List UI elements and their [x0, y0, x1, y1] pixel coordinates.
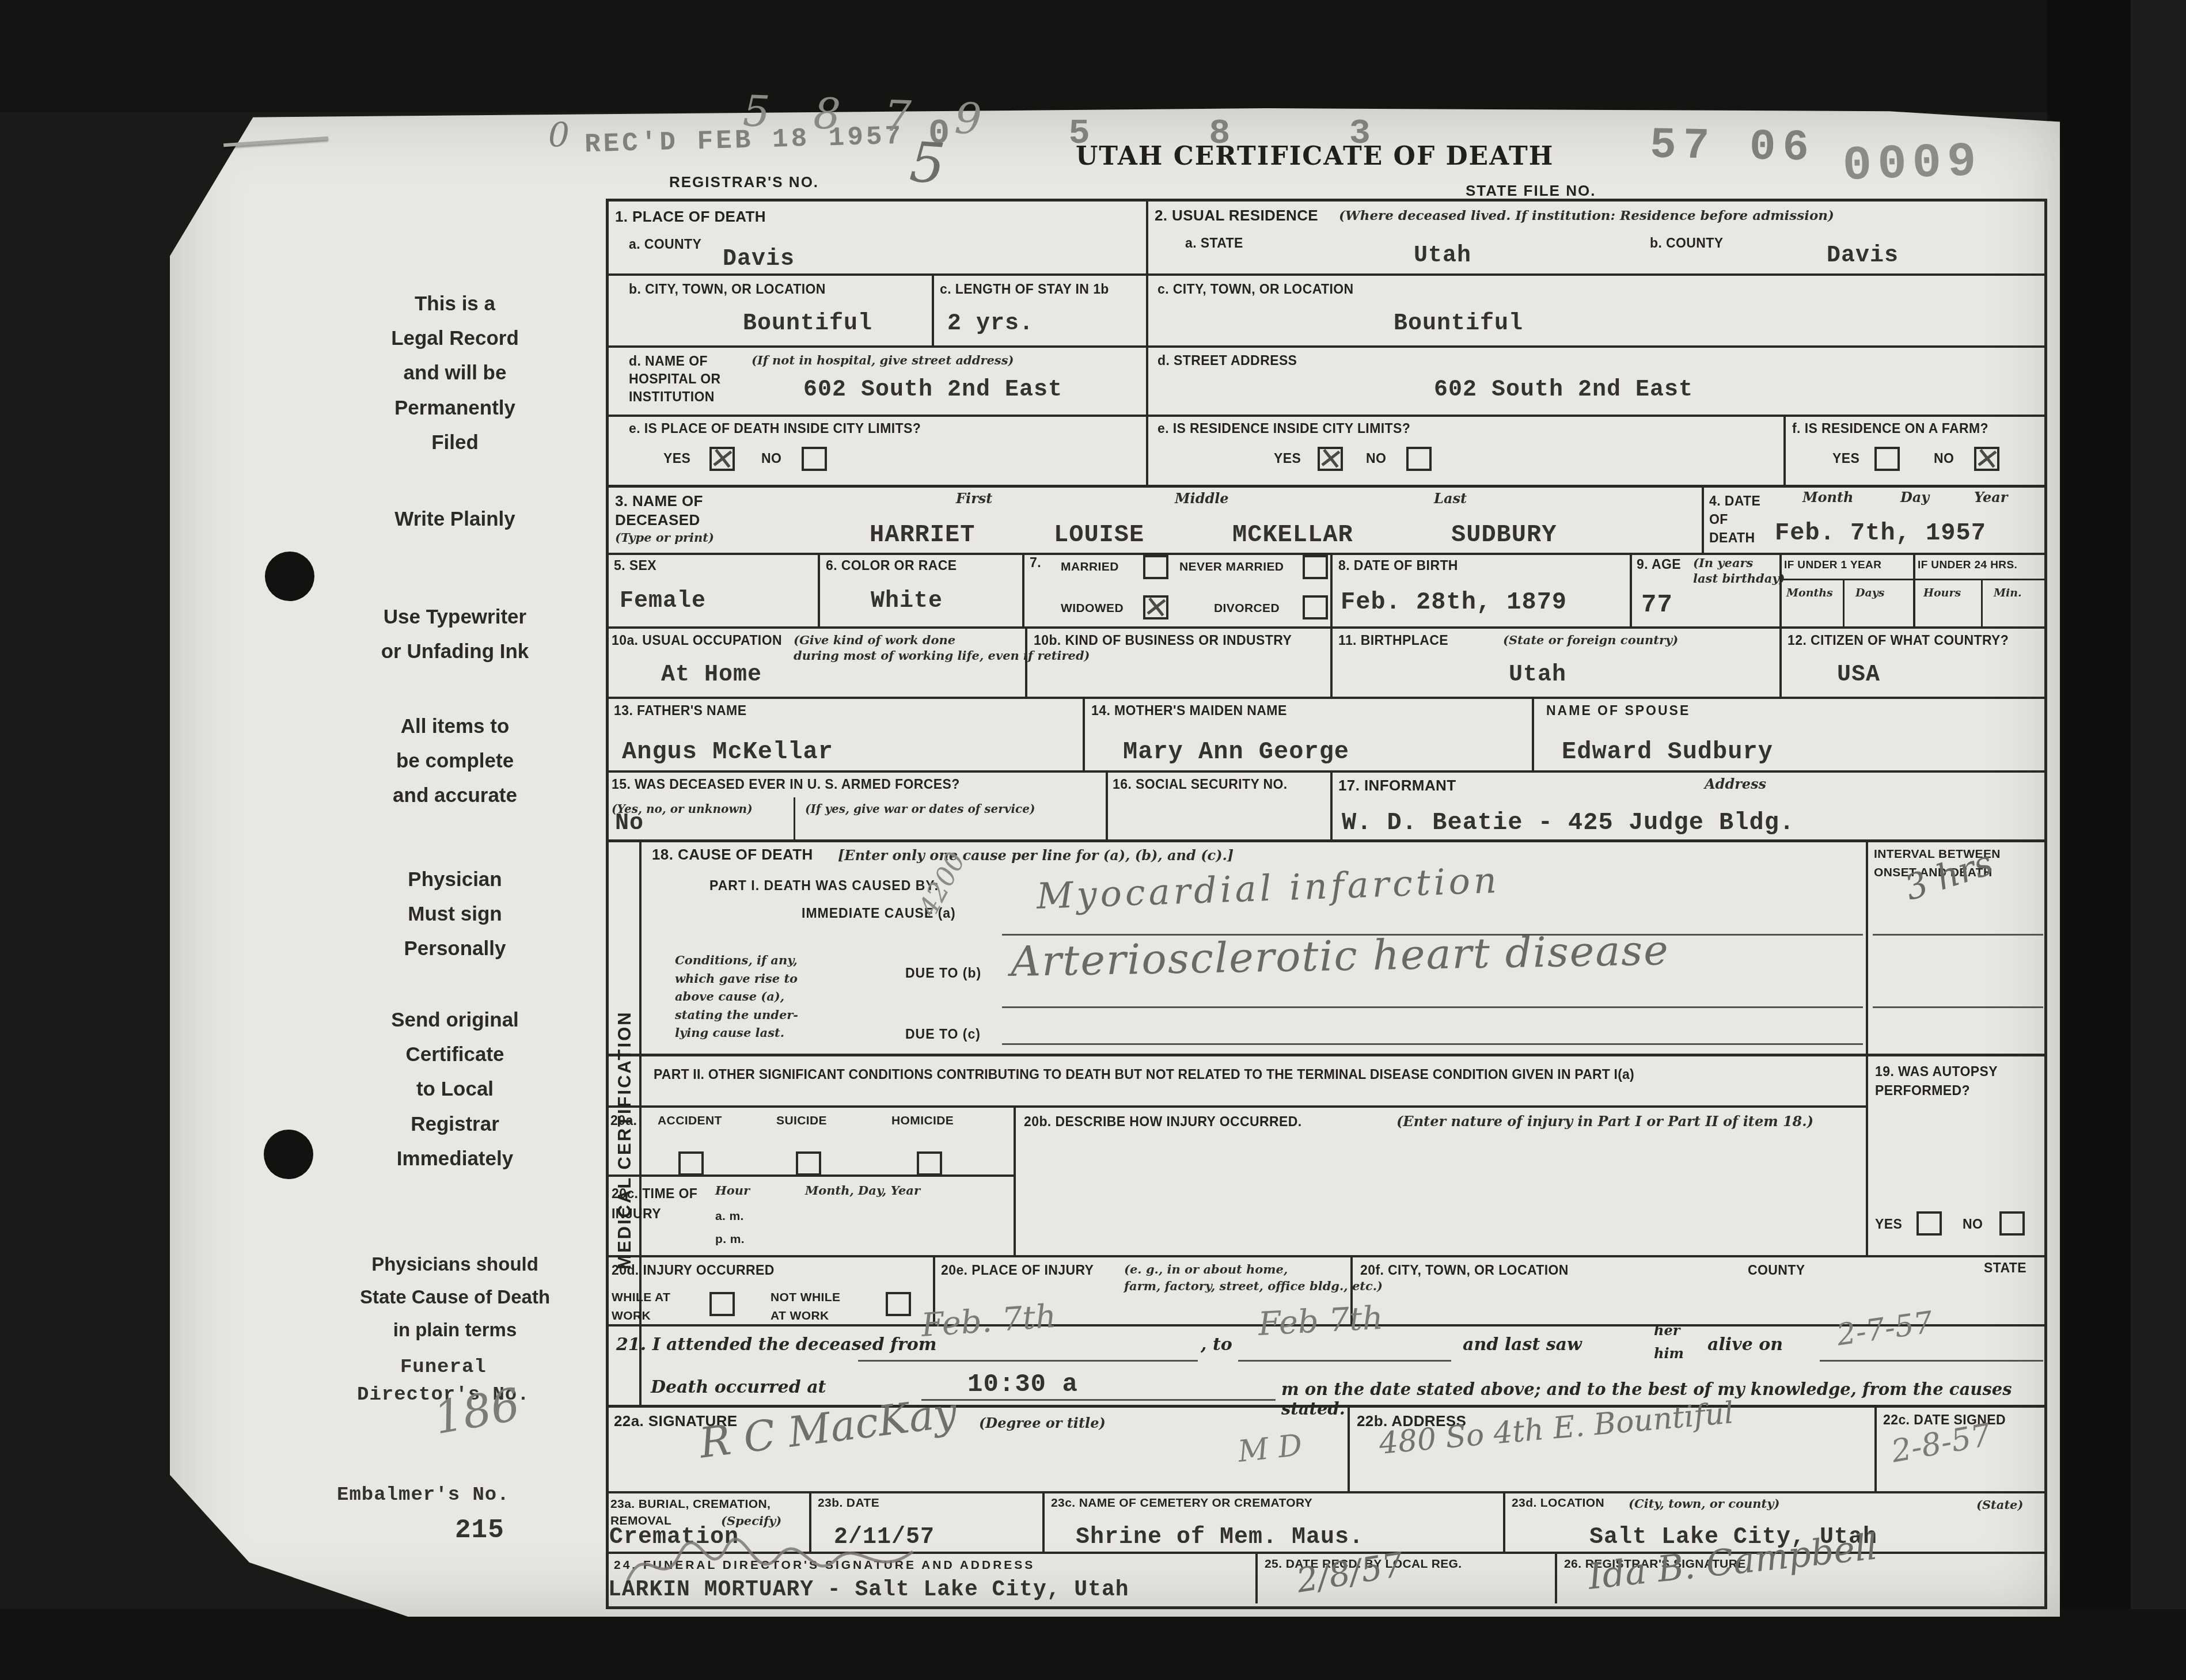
date-of-death-value: Feb. 7th, 1957 [1775, 519, 1986, 547]
mother-name-value: Mary Ann George [1123, 738, 1349, 766]
rule [1913, 553, 1915, 626]
state-column-label: STATE [1984, 1260, 2026, 1276]
field-2c-value: Bountiful [1394, 311, 1523, 337]
hours-label: Hours [1923, 586, 1961, 600]
yes-label: YES [663, 450, 690, 467]
accident-label: ACCIDENT [658, 1113, 722, 1128]
scanned-death-certificate: 0 REC'D FEB 18 1957 5 8 7 9 0 5 8 3 REGI… [0, 0, 2186, 1680]
to-text: , to [1201, 1335, 1232, 1355]
death-time-value: 10:30 a [967, 1370, 1078, 1399]
part1-label: PART I. DEATH WAS CAUSED BY: [709, 877, 939, 894]
year-column-label: Year [1974, 488, 2008, 506]
rule [1779, 626, 1782, 697]
deceased-middle-name: LOUISE [1054, 521, 1144, 549]
margin-note-write-plainly: Write Plainly [294, 502, 616, 537]
divorced-label: DIVORCED [1214, 601, 1280, 616]
field-2-hint: (Where deceased lived. If institution: R… [1339, 207, 2039, 225]
rule [1330, 553, 1333, 626]
checkbox-never-married [1303, 555, 1328, 579]
rule [932, 273, 934, 345]
last-saw-text: and last saw [1463, 1335, 1582, 1355]
sex-value: Female [620, 588, 706, 614]
yes-label: YES [1832, 450, 1859, 467]
checkbox-farm-yes [1874, 447, 1900, 471]
no-label: NO [1366, 450, 1386, 467]
field-11-label: 11. BIRTHPLACE [1338, 632, 1448, 649]
rule [606, 1491, 2047, 1493]
conditions-hint: Conditions, if any, which gave rise to a… [675, 951, 798, 1042]
field-18-bracket-hint: [Enter only one cause per line for (a), … [838, 846, 1234, 864]
attended-to-handwriting: Feb 7th [1257, 1299, 1384, 1343]
alive-on-line [1820, 1360, 2043, 1362]
registrars-no-value: 5 [908, 130, 947, 196]
field-2b-label: b. COUNTY [1650, 235, 1724, 252]
homicide-label: HOMICIDE [891, 1113, 954, 1128]
registrars-no-label: REGISTRAR'S NO. [669, 173, 819, 192]
due-to-b-label: DUE TO (b) [905, 965, 981, 982]
no-label: NO [1963, 1216, 1983, 1233]
checkbox-suicide [796, 1151, 821, 1176]
deceased-maiden-name: MCKELLAR [1232, 521, 1353, 549]
rule [606, 697, 2047, 699]
informant-value: W. D. Beatie - 425 Judge Bldg. [1342, 809, 1794, 837]
no-label: NO [761, 450, 781, 467]
margin-note-plain-terms: Physicians should State Cause of Death i… [282, 1248, 628, 1346]
field-1a-value: Davis [723, 246, 795, 272]
pm-label: p. m. [715, 1232, 745, 1247]
field-2a-value: Utah [1414, 243, 1471, 269]
crematory-value: Shrine of Mem. Maus. [1076, 1525, 1364, 1550]
page-title: UTAH CERTIFICATE OF DEATH [1076, 142, 1554, 171]
field-3-hint: (Type or print) [615, 530, 714, 545]
checkbox-residence-in-city-no [1406, 447, 1432, 471]
death-occurred-text: Death occurred at [651, 1377, 826, 1397]
field-20b-hint: (Enter nature of injury in Part I or Par… [1396, 1112, 1813, 1130]
field-20a-number: 20a. [610, 1112, 637, 1129]
file-number-stamp-right: 0009 [1842, 135, 1983, 194]
field-9-label: 9. AGE [1637, 556, 1681, 573]
field-20e-hint: (e. g., in or about home, farm, factory,… [1124, 1261, 1383, 1295]
age-value: 77 [1641, 591, 1673, 619]
margin-note-physician-sign: Physician Must sign Personally [294, 862, 616, 967]
him-text: him [1654, 1345, 1684, 1362]
margin-note-typewriter: Use Typewriter or Unfading Ink [294, 600, 616, 669]
field-1c-label: c. LENGTH OF STAY IN 1b [940, 281, 1109, 298]
rule [1843, 579, 1845, 626]
field-23d-label: 23d. LOCATION [1512, 1496, 1604, 1511]
rule [1783, 415, 1786, 485]
rule [606, 273, 2047, 276]
checkbox-farm-no [1974, 447, 1999, 471]
if-under-24-hrs-label: IF UNDER 24 HRS. [1918, 558, 2017, 572]
field-4-label: 4. DATE OF DEATH [1709, 492, 1760, 548]
county-column-label: COUNTY [1748, 1262, 1805, 1279]
field-2a-label: a. STATE [1185, 235, 1243, 252]
interval-line-a [1873, 934, 2043, 936]
checkbox-death-in-city-yes [709, 447, 735, 471]
death-time-line [921, 1399, 1276, 1401]
field-2d-value: 602 South 2nd East [1434, 377, 1693, 403]
not-while-at-work-label: NOT WHILE AT WORK [771, 1288, 840, 1325]
state-file-no-label: STATE FILE NO. [1466, 181, 1596, 200]
field-15-hint2: (If yes, give war or dates of service) [805, 801, 1035, 816]
birthplace-value: Utah [1509, 662, 1566, 688]
suicide-label: SUICIDE [776, 1113, 827, 1128]
hour-label: Hour [715, 1183, 750, 1198]
interval-line-b [1873, 1006, 2043, 1008]
rule [1083, 697, 1085, 770]
checkbox-residence-in-city-yes [1318, 447, 1343, 471]
rule [606, 1054, 2047, 1056]
rule [606, 626, 2047, 629]
checkbox-widowed [1143, 595, 1168, 619]
field-16-label: 16. SOCIAL SECURITY NO. [1113, 776, 1288, 793]
field-7-number: 7. [1030, 554, 1041, 571]
margin-note-complete-accurate: All items to be complete and accurate [294, 709, 616, 814]
checkbox-death-in-city-no [802, 447, 827, 471]
ledger-background-bottom [0, 1609, 2186, 1680]
field-1c-value: 2 yrs. [947, 311, 1034, 337]
field-15-label: 15. WAS DECEASED EVER IN U. S. ARMED FOR… [612, 776, 960, 793]
rule [1532, 697, 1534, 770]
field-23d-hint: (City, town, or county) [1629, 1496, 1779, 1511]
ledger-background-top [0, 0, 2186, 112]
rule [794, 797, 795, 839]
widowed-label: WIDOWED [1061, 601, 1124, 616]
rule [1555, 1552, 1557, 1603]
pencil-digit: 0 [548, 115, 570, 154]
days-label: Days [1855, 586, 1885, 600]
field-20d-label: 20d. INJURY OCCURRED [612, 1262, 775, 1279]
checkbox-autopsy-no [1999, 1211, 2025, 1236]
last-column-label: Last [1434, 489, 1467, 507]
field-20c-label: 20c. TIME OF INJURY [612, 1184, 697, 1223]
field-3-label: 3. NAME OF DECEASED [615, 492, 703, 529]
name-of-spouse-label: NAME OF SPOUSE [1546, 702, 1690, 719]
field-2e-label: e. IS RESIDENCE INSIDE CITY LIMITS? [1157, 420, 1410, 437]
field-6-label: 6. COLOR OR RACE [826, 557, 957, 574]
yes-label: YES [1875, 1216, 1902, 1233]
degree-title-hint: (Degree or title) [979, 1414, 1106, 1432]
field-1d-value: 602 South 2nd East [803, 377, 1062, 403]
rule [606, 415, 2047, 417]
rule [1255, 1552, 1258, 1603]
margin-note-send-original: Send original Certificate to Local Regis… [294, 1003, 616, 1176]
rule [1330, 626, 1333, 697]
deceased-last-name: SUDBURY [1451, 521, 1557, 549]
rule [606, 1105, 1867, 1108]
field-10b-label: 10b. KIND OF BUSINESS OR INDUSTRY [1034, 632, 1292, 649]
field-20e-label: 20e. PLACE OF INJURY [941, 1262, 1094, 1279]
father-name-value: Angus McKellar [622, 738, 833, 766]
field-2c-label: c. CITY, TOWN, OR LOCATION [1157, 281, 1354, 298]
rule [1503, 1491, 1505, 1552]
embalmers-no-label: Embalmer's No. [337, 1484, 510, 1506]
field-12-label: 12. CITIZEN OF WHAT COUNTRY? [1787, 632, 2009, 649]
months-label: Months [1786, 586, 1833, 600]
rule [606, 770, 2047, 773]
rule [1630, 553, 1632, 626]
cause-c-line [1002, 1043, 1863, 1045]
never-married-label: NEVER MARRIED [1179, 560, 1284, 575]
field-23d-state-hint: (State) [1976, 1497, 2023, 1512]
field-2f-label: f. IS RESIDENCE ON A FARM? [1792, 420, 1988, 437]
field-10a-label: 10a. USUAL OCCUPATION [612, 632, 782, 649]
race-value: White [871, 588, 943, 614]
field-14-label: 14. MOTHER'S MAIDEN NAME [1091, 702, 1287, 719]
rule [1042, 1491, 1045, 1552]
date-of-birth-value: Feb. 28th, 1879 [1341, 588, 1567, 616]
field-23b-label: 23b. DATE [818, 1496, 879, 1511]
rule [1146, 199, 1148, 485]
citizen-value: USA [1837, 662, 1880, 688]
occupation-value: At Home [661, 662, 762, 688]
attended-text: 21. I attended the deceased from [616, 1335, 937, 1355]
rule [1981, 579, 1983, 626]
field-19-label: 19. WAS AUTOPSY PERFORMED? [1875, 1062, 1998, 1101]
file-number-stamp-left: 57 06 [1649, 120, 1816, 173]
field-13-label: 13. FATHER'S NAME [614, 702, 746, 719]
field-20f-label: 20f. CITY, TOWN, OR LOCATION [1360, 1262, 1569, 1279]
field-2d-label: d. STREET ADDRESS [1157, 352, 1297, 369]
rule [1022, 553, 1024, 626]
part2-label: PART II. OTHER SIGNIFICANT CONDITIONS CO… [654, 1066, 1851, 1083]
first-column-label: First [956, 489, 992, 507]
punch-hole-top [265, 552, 314, 601]
field-1b-label: b. CITY, TOWN, OR LOCATION [629, 281, 826, 298]
checkbox-divorced [1303, 595, 1328, 619]
checkbox-accident [678, 1151, 704, 1176]
field-1d-hint: (If not in hospital, give street address… [752, 352, 1014, 368]
rule [1106, 770, 1108, 839]
rule [1702, 485, 1704, 553]
day-column-label: Day [1900, 488, 1929, 506]
field-18-label: 18. CAUSE OF DEATH [652, 845, 813, 864]
rule [606, 485, 2047, 488]
field-1-label: 1. PLACE OF DEATH [615, 207, 766, 226]
field-9-hint: (In years last birthday) [1693, 555, 1785, 587]
field-11-hint: (State or foreign country) [1503, 632, 1678, 648]
field-8-label: 8. DATE OF BIRTH [1338, 557, 1458, 574]
while-at-work-label: WHILE AT WORK [612, 1288, 670, 1325]
degree-handwriting: M D [1236, 1428, 1304, 1469]
yes-label: YES [1274, 450, 1301, 467]
field-2-label: 2. USUAL RESIDENCE [1155, 206, 1318, 225]
armed-forces-value: No [615, 811, 644, 837]
month-column-label: Month [1802, 488, 1854, 506]
rule [606, 1255, 2047, 1257]
rule [1014, 1105, 1016, 1255]
field-1a-label: a. COUNTY [629, 236, 701, 253]
cause-b-line [1002, 1006, 1863, 1008]
rule [1330, 770, 1333, 839]
checkbox-not-while-at-work [886, 1292, 911, 1316]
am-label: a. m. [715, 1209, 744, 1224]
field-23c-label: 23c. NAME OF CEMETERY OR CREMATORY [1051, 1496, 1312, 1511]
ledger-background-edge [2131, 0, 2186, 1680]
field-2b-value: Davis [1827, 243, 1899, 269]
attended-from-line [858, 1360, 1198, 1362]
checkbox-autopsy-yes [1916, 1211, 1942, 1236]
attended-to-line [1238, 1360, 1451, 1362]
field-20b-label: 20b. DESCRIBE HOW INJURY OCCURRED. [1024, 1113, 1302, 1130]
if-under-1-year-label: IF UNDER 1 YEAR [1784, 558, 1881, 572]
min-label: Min. [1994, 586, 2022, 600]
embalmers-no-value: 215 [455, 1515, 504, 1545]
married-label: MARRIED [1061, 560, 1119, 575]
field-1d-label: d. NAME OF HOSPITAL OR INSTITUTION [629, 352, 720, 406]
address-column-label: Address [1705, 775, 1766, 793]
checkbox-while-at-work [709, 1292, 735, 1316]
due-to-c-label: DUE TO (c) [905, 1026, 981, 1043]
field-17-label: 17. INFORMANT [1338, 776, 1456, 795]
field-1b-value: Bountiful [743, 311, 872, 337]
checkbox-married [1143, 555, 1168, 579]
checkbox-homicide [917, 1151, 942, 1176]
month-day-year-label: Month, Day, Year [805, 1183, 920, 1198]
rule [1866, 839, 1868, 1255]
deceased-first-name: HARRIET [870, 521, 975, 549]
spouse-name-value: Edward Sudbury [1562, 738, 1773, 766]
alive-on-text: alive on [1707, 1335, 1783, 1355]
rule [606, 345, 2047, 348]
field-1e-label: e. IS PLACE OF DEATH INSIDE CITY LIMITS? [629, 420, 921, 437]
middle-column-label: Middle [1175, 489, 1229, 507]
field-5-label: 5. SEX [614, 557, 656, 574]
rule [818, 553, 820, 626]
funeral-home-value: LARKIN MORTUARY - Salt Lake City, Utah [608, 1578, 1129, 1602]
margin-note-legal-record: This is a Legal Record and will be Perma… [294, 287, 616, 460]
her-text: her [1654, 1322, 1680, 1339]
rule [606, 839, 2047, 842]
no-label: NO [1934, 450, 1954, 467]
